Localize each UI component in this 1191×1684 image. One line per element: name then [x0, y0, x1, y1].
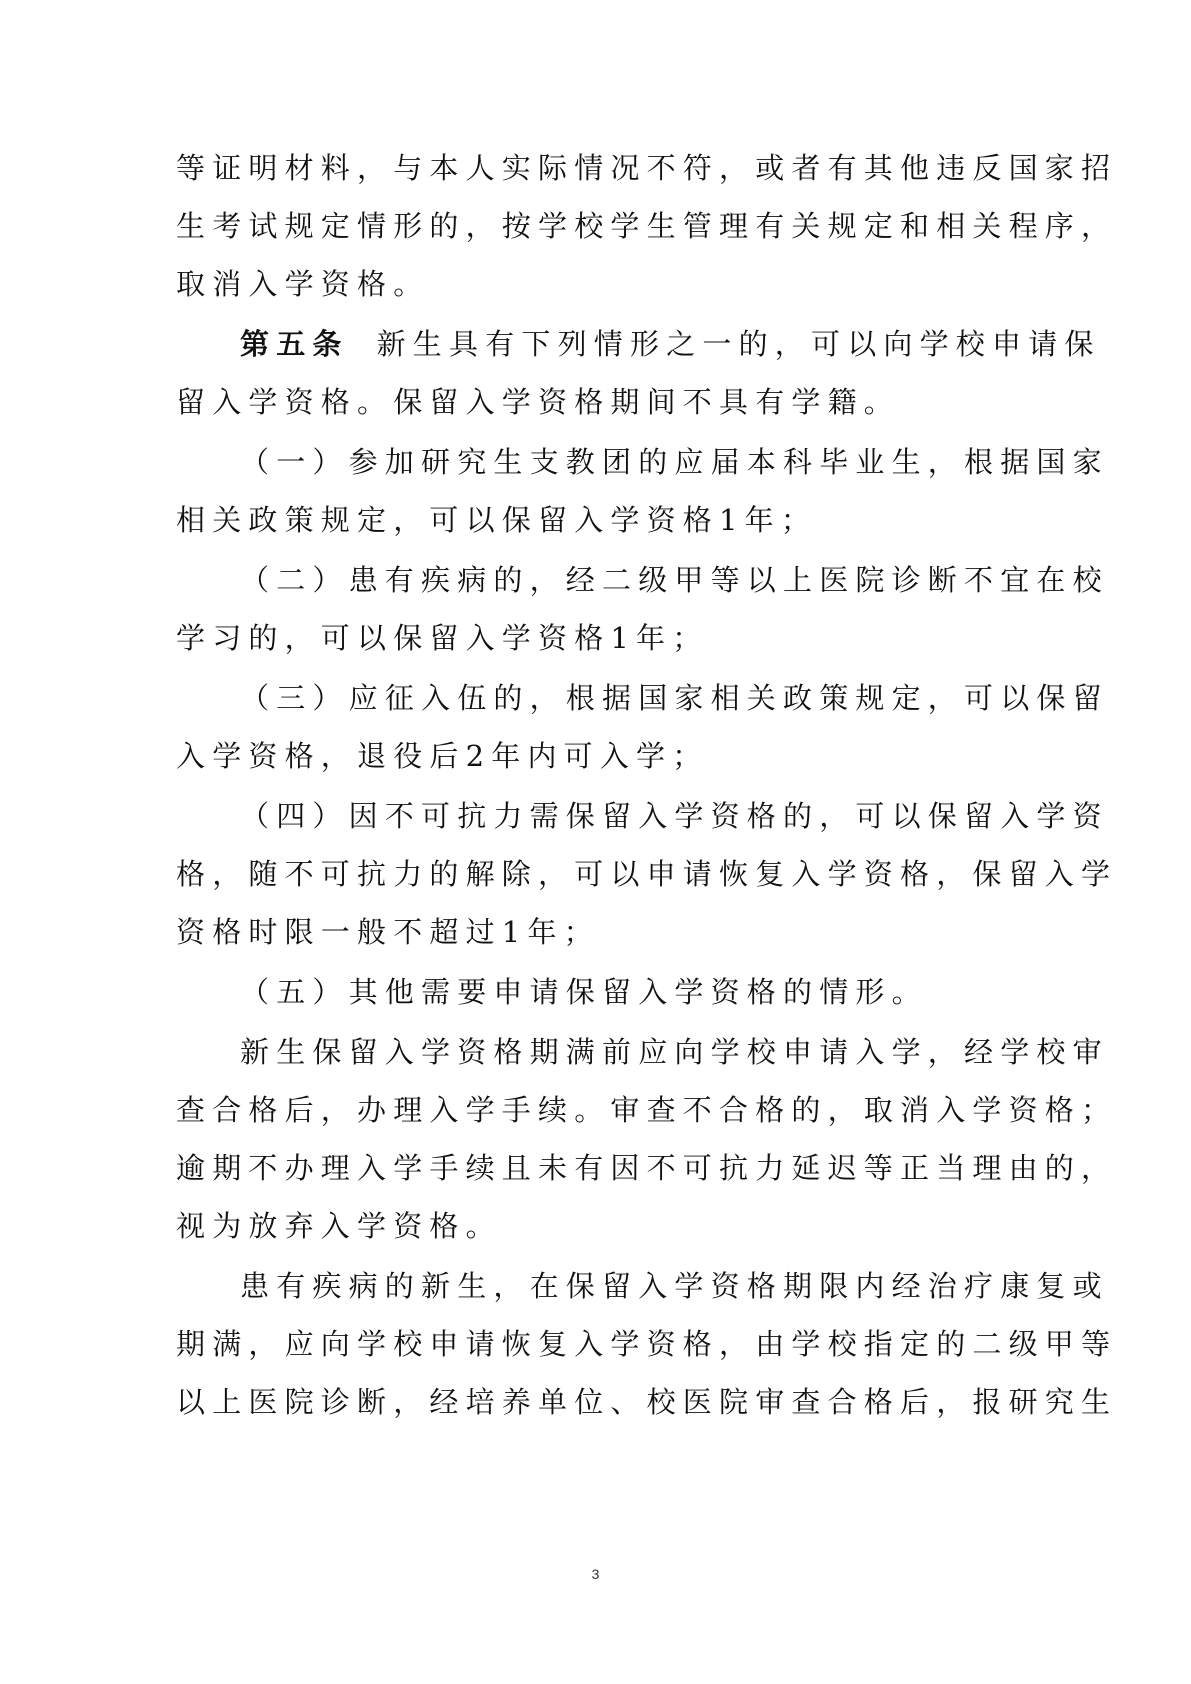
- paragraph-line: 资格时限一般不超过1年；: [176, 912, 600, 952]
- paragraph-line: 等证明材料，与本人实际情况不符，或者有其他违反国家招: [176, 148, 1117, 188]
- article-heading: 第五条: [240, 327, 349, 361]
- paragraph-line: 以上医院诊断，经培养单位、校医院审查合格后，报研究生: [176, 1382, 1117, 1422]
- list-item-5: （五）其他需要申请保留入学资格的情形。: [240, 972, 928, 1012]
- page-number: 3: [0, 1566, 1191, 1582]
- paragraph-line: 入学资格，退役后2年内可入学；: [176, 736, 708, 776]
- article-five-line: 第五条新生具有下列情形之一的，可以向学校申请保: [240, 324, 1101, 364]
- document-page: 等证明材料，与本人实际情况不符，或者有其他违反国家招 生考试规定情形的，按学校学…: [0, 0, 1191, 1684]
- list-item-1: （一）参加研究生支教团的应届本科毕业生，根据国家: [240, 442, 1109, 482]
- paragraph-line: 新生保留入学资格期满前应向学校申请入学，经学校审: [240, 1032, 1109, 1072]
- paragraph-line: 学习的，可以保留入学资格1年；: [176, 618, 708, 658]
- paragraph-line: 格，随不可抗力的解除，可以申请恢复入学资格，保留入学: [176, 854, 1117, 894]
- article-text: 新生具有下列情形之一的，可以向学校申请保: [377, 327, 1101, 361]
- paragraph-line: 逾期不办理入学手续且未有因不可抗力延迟等正当理由的，: [176, 1148, 1117, 1188]
- list-item-4: （四）因不可抗力需保留入学资格的，可以保留入学资: [240, 796, 1109, 836]
- paragraph-line: 期满，应向学校申请恢复入学资格，由学校指定的二级甲等: [176, 1324, 1117, 1364]
- paragraph-line: 留入学资格。保留入学资格期间不具有学籍。: [176, 382, 900, 422]
- list-item-3: （三）应征入伍的，根据国家相关政策规定，可以保留: [240, 678, 1109, 718]
- paragraph-line: 相关政策规定，可以保留入学资格1年；: [176, 500, 817, 540]
- paragraph-line: 视为放弃入学资格。: [176, 1206, 502, 1246]
- paragraph-line: 生考试规定情形的，按学校学生管理有关规定和相关程序，: [176, 206, 1117, 246]
- list-item-2: （二）患有疾病的，经二级甲等以上医院诊断不宜在校: [240, 560, 1109, 600]
- paragraph-line: 查合格后，办理入学手续。审查不合格的，取消入学资格；: [176, 1090, 1117, 1130]
- paragraph-line: 患有疾病的新生，在保留入学资格期限内经治疗康复或: [240, 1266, 1109, 1306]
- paragraph-line: 取消入学资格。: [176, 264, 429, 304]
